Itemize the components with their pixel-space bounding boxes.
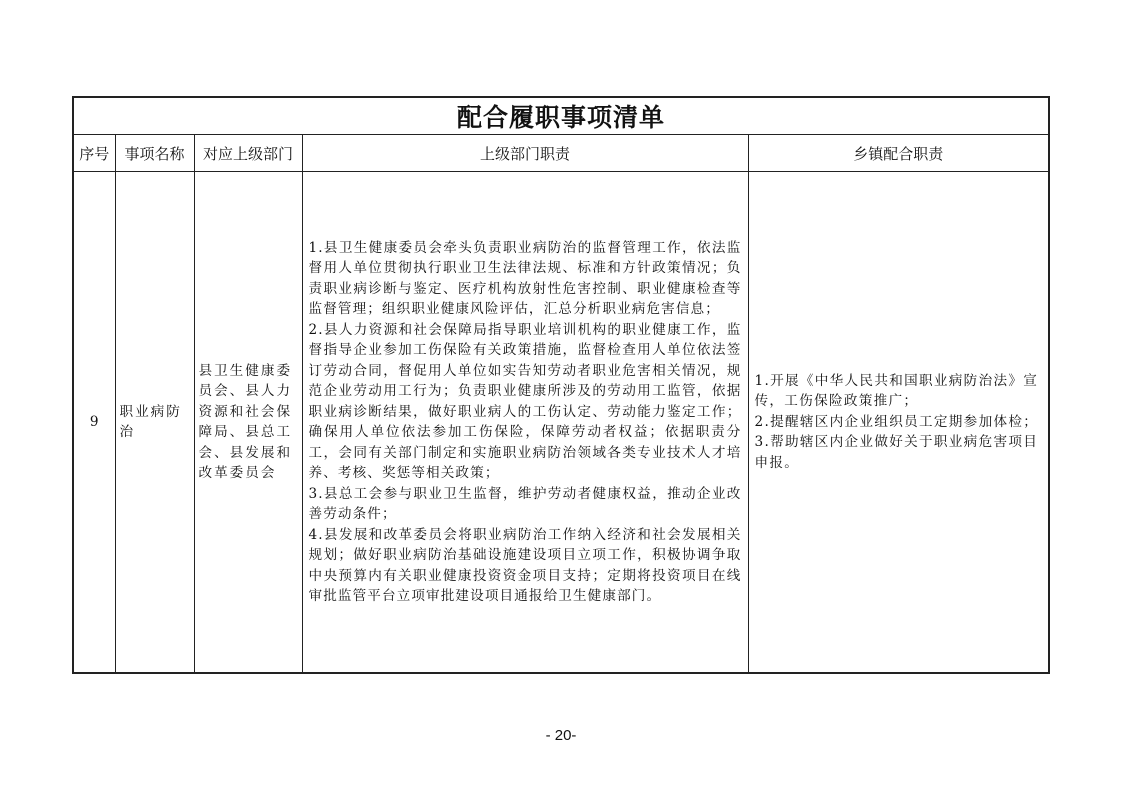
table-row: 9 职业病防治 县卫生健康委员会、县人力资源和社会保障局、县总工会、县发展和改革… — [73, 172, 1049, 674]
cell-item-name: 职业病防治 — [115, 172, 194, 674]
township-duty-1: 1.开展《中华人民共和国职业病防治法》宣传，工伤保险政策推广； — [755, 371, 1043, 412]
table-title: 配合履职事项清单 — [73, 97, 1049, 135]
header-item-name: 事项名称 — [115, 135, 194, 172]
duty-list-table: 配合履职事项清单 序号 事项名称 对应上级部门 上级部门职责 乡镇配合职责 9 … — [72, 96, 1050, 674]
header-serial-no: 序号 — [73, 135, 115, 172]
cell-superior-duties: 1.县卫生健康委员会牵头负责职业病防治的监督管理工作，依法监督用人单位贯彻执行职… — [302, 172, 748, 674]
cell-township-duties: 1.开展《中华人民共和国职业病防治法》宣传，工伤保险政策推广； 2.提醒辖区内企… — [748, 172, 1049, 674]
header-superior-duties: 上级部门职责 — [302, 135, 748, 172]
superior-duty-4: 4.县发展和改革委员会将职业病防治工作纳入经济和社会发展相关规划；做好职业病防治… — [309, 525, 742, 607]
page-number: - 20- — [0, 727, 1122, 744]
header-department: 对应上级部门 — [194, 135, 302, 172]
superior-duty-1: 1.县卫生健康委员会牵头负责职业病防治的监督管理工作，依法监督用人单位贯彻执行职… — [309, 238, 742, 320]
township-duty-2: 2.提醒辖区内企业组织员工定期参加体检； — [755, 412, 1043, 433]
cell-serial-no: 9 — [73, 172, 115, 674]
township-duty-3: 3.帮助辖区内企业做好关于职业病危害项目申报。 — [755, 432, 1043, 473]
superior-duty-3: 3.县总工会参与职业卫生监督，维护劳动者健康权益，推动企业改善劳动条件； — [309, 484, 742, 525]
superior-duty-2: 2.县人力资源和社会保障局指导职业培训机构的职业健康工作，监督指导企业参加工伤保… — [309, 320, 742, 484]
cell-department: 县卫生健康委员会、县人力资源和社会保障局、县总工会、县发展和改革委员会 — [194, 172, 302, 674]
header-township-duties: 乡镇配合职责 — [748, 135, 1049, 172]
header-row: 序号 事项名称 对应上级部门 上级部门职责 乡镇配合职责 — [73, 135, 1049, 172]
